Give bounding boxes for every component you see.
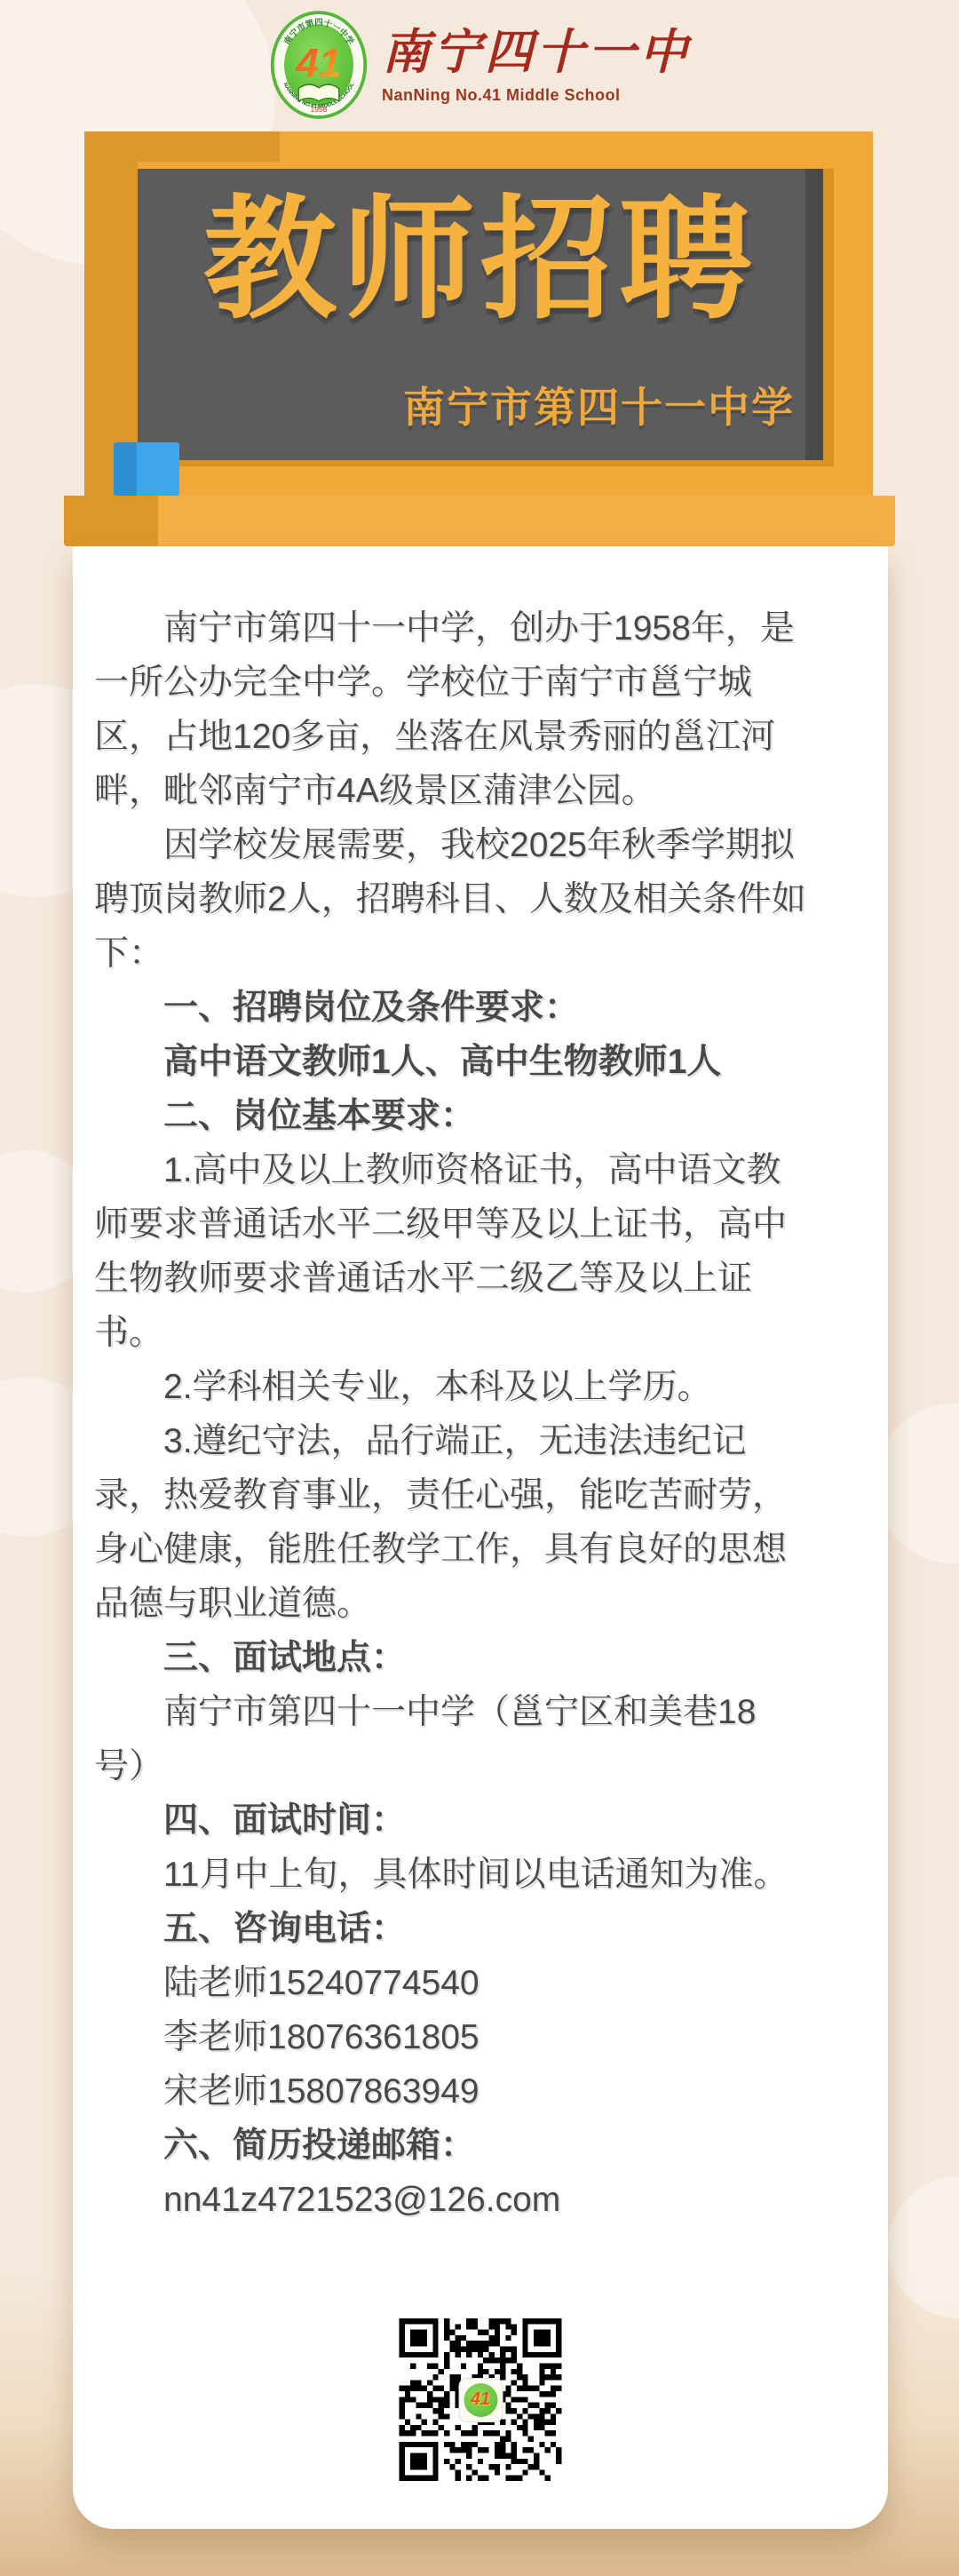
text-line: 下： [94,926,861,981]
text-line: 号） [94,1739,861,1793]
text-line: nn41z4721523@126.com [94,2173,861,2227]
text-line: 录，热爱教育事业，责任心强，能吃苦耐劳， [94,1468,861,1523]
chalk-eraser-icon [114,442,179,496]
text-line: 南宁市第四十一中学，创办于1958年，是 [94,601,861,656]
recruitment-poster: { "header": { "school_name_cn": "南宁四十一中"… [0,0,959,2576]
text-line: 南宁市第四十一中学（邕宁区和美巷18 [94,1685,861,1739]
blackboard-frame: 教师招聘 南宁市第四十一中学 [84,131,873,496]
school-logo-badge-icon: 南宁市第四十一中学 NANNING NO.41 MIDDLE SCHOOL 41… [268,7,369,124]
poster-title: 教师招聘 [138,179,823,339]
text-line: 3.遵纪守法，品行端正，无违法违纪记 [94,1414,861,1468]
text-line: 二、岗位基本要求： [94,1089,861,1143]
text-line: 三、面试地点： [94,1631,861,1685]
text-line: 11月中上旬，具体时间以电话通知为准。 [94,1848,861,1902]
text-line: 品德与职业道德。 [94,1577,861,1631]
text-line: 畔，毗邻南宁市4A级景区蒲津公园。 [94,764,861,818]
text-line: 聘顶岗教师2人，招聘科目、人数及相关条件如 [94,872,861,926]
text-line: 六、简历投递邮箱： [94,2119,861,2173]
qr-code: 41 [400,2318,562,2481]
svg-text:41: 41 [296,40,342,85]
content-card: 南宁市第四十一中学，创办于1958年，是一所公办完全中学。学校位于南宁市邕宁城区… [73,546,888,2529]
blackboard: 教师招聘 南宁市第四十一中学 [138,169,823,460]
text-line: 因学校发展需要，我校2025年秋季学期拟 [94,818,861,872]
text-line: 区，占地120多亩，坐落在风景秀丽的邕江河 [94,710,861,764]
text-line: 师要求普通话水平二级甲等及以上证书，高中 [94,1197,861,1252]
svg-text:1958: 1958 [310,105,327,114]
header: 南宁市第四十一中学 NANNING NO.41 MIDDLE SCHOOL 41… [0,7,959,124]
recruitment-text: 南宁市第四十一中学，创办于1958年，是一所公办完全中学。学校位于南宁市邕宁城区… [73,546,888,2227]
text-line: 高中语文教师1人、高中生物教师1人 [94,1035,861,1089]
frame-highlight-left [84,131,138,496]
text-line: 生物教师要求普通话水平二级乙等及以上证 [94,1252,861,1306]
poster-subtitle: 南宁市第四十一中学 [403,375,795,434]
text-line: 1.高中及以上教师资格证书，高中语文教 [94,1143,861,1197]
text-line: 陆老师15240774540 [94,1956,861,2010]
background-circle [888,2176,959,2318]
text-line: 书。 [94,1306,861,1360]
text-line: 一所公办完全中学。学校位于南宁市邕宁城 [94,656,861,710]
qr-center-logo-icon: 41 [458,2378,503,2422]
text-line: 宋老师15807863949 [94,2064,861,2119]
text-line: 四、面试时间： [94,1793,861,1848]
blackboard-tray [64,496,895,546]
school-name-english: NanNing No.41 Middle School [382,86,621,105]
school-name-calligraphy: 南宁四十一中 [382,27,691,78]
text-line: 李老师18076361805 [94,2010,861,2064]
text-line: 2.学科相关专业，本科及以上学历。 [94,1360,861,1414]
text-line: 身心健康，能胜任教学工作，具有良好的思想 [94,1523,861,1577]
text-line: 一、招聘岗位及条件要求： [94,981,861,1035]
tray-shadow [64,496,158,546]
text-line: 五、咨询电话： [94,1902,861,1956]
